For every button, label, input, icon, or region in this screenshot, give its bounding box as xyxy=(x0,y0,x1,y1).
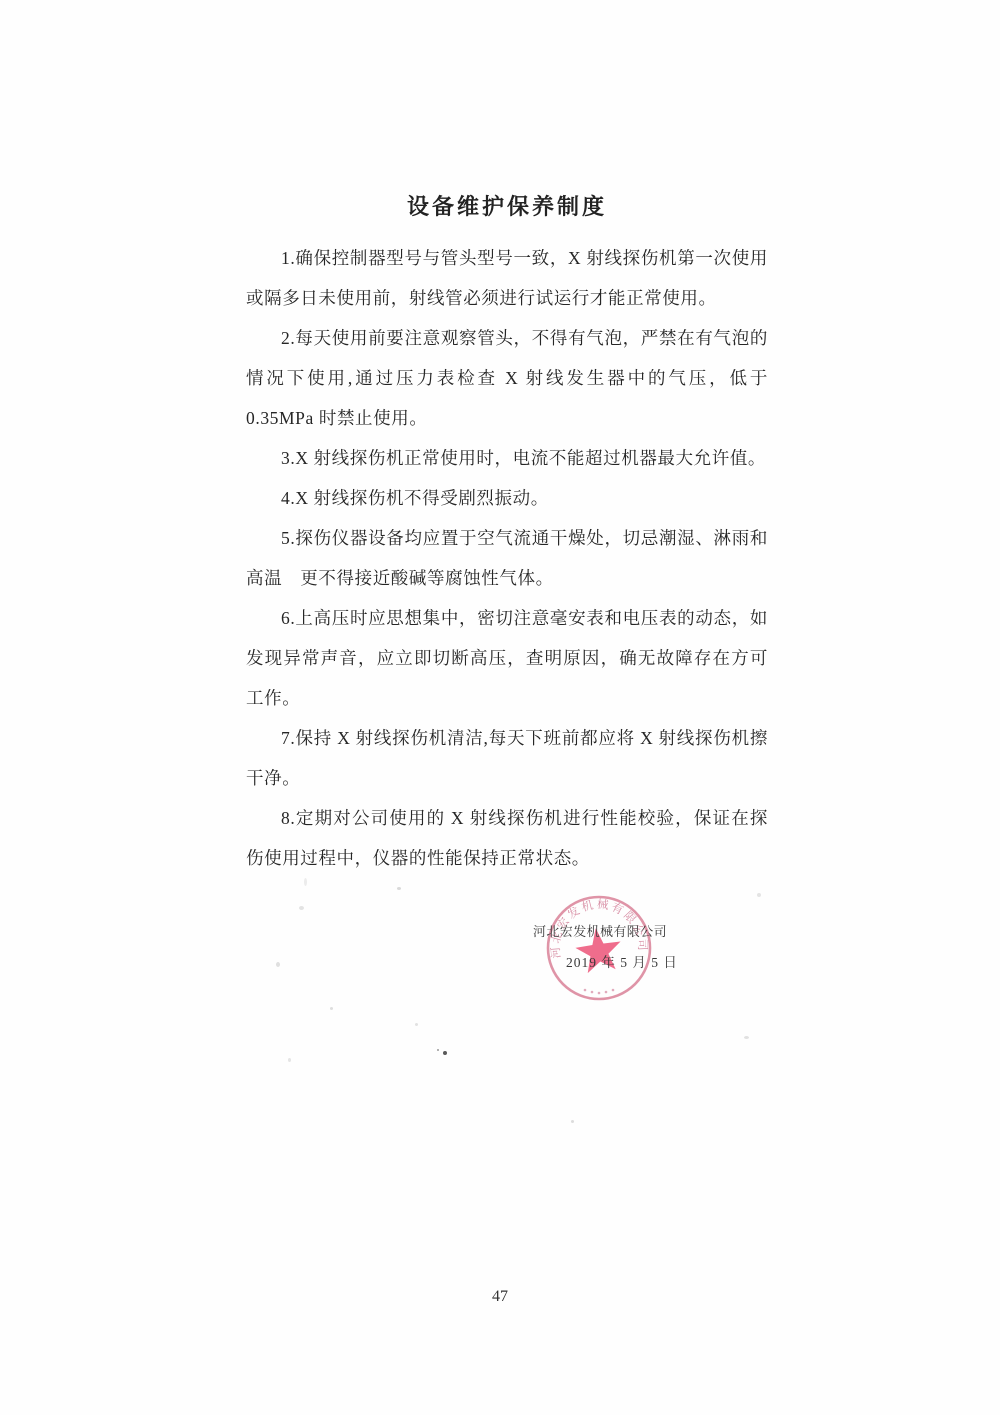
company-seal-stamp: 河北宏发机械有限公司 xyxy=(529,878,669,1018)
scan-artifact xyxy=(330,1007,333,1010)
paragraph-1: 1.确保控制器型号与管头型号一致，X 射线探伤机第一次使用或隔多日未使用前，射线… xyxy=(246,238,768,318)
document-body: 设备维护保养制度 1.确保控制器型号与管头型号一致，X 射线探伤机第一次使用或隔… xyxy=(246,192,768,878)
scan-artifact xyxy=(288,1058,291,1062)
scan-artifact xyxy=(437,1049,439,1051)
paragraph-3: 3.X 射线探伤机正常使用时，电流不能超过机器最大允许值。 xyxy=(246,438,768,478)
scan-artifact xyxy=(415,1023,418,1026)
seal-ring xyxy=(548,897,650,999)
document-title: 设备维护保养制度 xyxy=(246,192,768,222)
paragraph-7: 7.保持 X 射线探伤机清洁,每天下班前都应将 X 射线探伤机擦干净。 xyxy=(246,718,768,798)
star-icon xyxy=(573,925,624,974)
document-page: 设备维护保养制度 1.确保控制器型号与管头型号一致，X 射线探伤机第一次使用或隔… xyxy=(0,0,1000,1415)
paragraph-list: 1.确保控制器型号与管头型号一致，X 射线探伤机第一次使用或隔多日未使用前，射线… xyxy=(246,238,768,878)
page-number: 47 xyxy=(0,1288,1000,1306)
scan-artifact xyxy=(757,893,761,897)
stamp-date: 2019 年 5 月 5 日 xyxy=(566,951,678,971)
scan-artifact xyxy=(299,906,304,910)
paragraph-4: 4.X 射线探伤机不得受剧烈振动。 xyxy=(246,478,768,518)
scan-artifact xyxy=(443,1051,447,1055)
seal-ring-text: 河北宏发机械有限公司 xyxy=(549,897,649,959)
scan-artifact xyxy=(304,878,307,886)
stamp-company-name: 河北宏发机械有限公司 xyxy=(533,921,667,940)
paragraph-5: 5.探伤仪器设备均应置于空气流通干燥处，切忌潮湿、淋雨和高温 更不得接近酸碱等腐… xyxy=(246,518,768,598)
paragraph-8: 8.定期对公司使用的 X 射线探伤机进行性能校验，保证在探伤使用过程中，仪器的性… xyxy=(246,798,768,878)
scan-artifact xyxy=(571,1120,574,1123)
scan-artifact xyxy=(744,1036,749,1039)
scan-artifact xyxy=(276,962,280,967)
scan-artifact xyxy=(397,887,401,890)
paragraph-2: 2.每天使用前要注意观察管头，不得有气泡，严禁在有气泡的情况下使用,通过压力表检… xyxy=(246,318,768,438)
seal-serial-marks xyxy=(584,989,615,995)
paragraph-6: 6.上高压时应思想集中，密切注意毫安表和电压表的动态，如发现异常声音，应立即切断… xyxy=(246,598,768,718)
